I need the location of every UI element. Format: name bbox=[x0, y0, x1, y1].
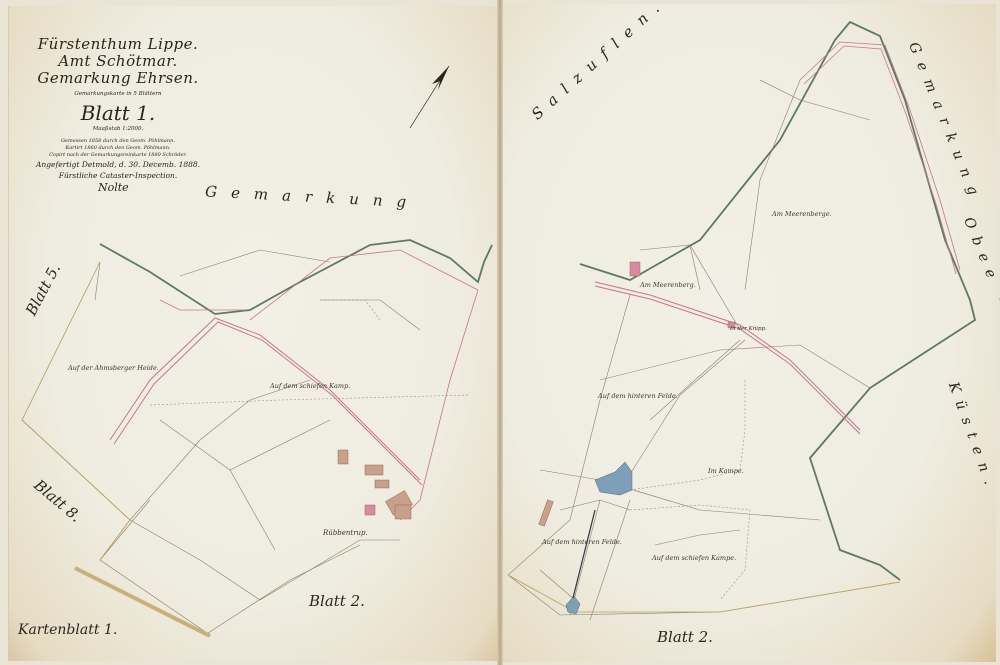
north-arrow-icon bbox=[410, 66, 449, 128]
field-name: Auf dem schiefen Kamp. bbox=[270, 382, 350, 390]
sheet-number: Blatt 1. bbox=[28, 101, 208, 125]
title-block: Fürstenthum Lippe. Amt Schötmar. Gemarku… bbox=[28, 36, 208, 194]
field-name: Auf der Ahmsberger Heide. bbox=[68, 364, 159, 372]
signature: Nolte bbox=[28, 181, 208, 194]
survey-note-5: Fürstliche Cataster-Inspection. bbox=[28, 170, 208, 181]
boundary-line-right bbox=[580, 22, 975, 580]
road-left-3 bbox=[250, 250, 478, 320]
pond-small bbox=[566, 596, 580, 614]
field-name: In der Knipp. bbox=[730, 326, 767, 332]
survey-note-1: Gemessen 1858 durch den Geom. Pöhlmann. bbox=[28, 138, 208, 145]
survey-note-2: Kartirt 1860 durch den Geom. Pöhlmann. bbox=[28, 145, 208, 152]
sheet-ref-blatt-2-right: Blatt 2. bbox=[657, 628, 713, 646]
field-name: Rübbentrup. bbox=[323, 529, 368, 537]
title-municipality: Gemarkung Ehrsen. bbox=[28, 70, 208, 87]
road-right-3 bbox=[800, 42, 960, 270]
survey-note-4: Angefertigt Detmold, d. 30. Decemb. 1888… bbox=[28, 159, 208, 170]
title-district: Amt Schötmar. bbox=[28, 53, 208, 70]
field-name: Am Meerenberg. bbox=[640, 281, 696, 289]
field-name: Im Kampe. bbox=[708, 467, 744, 475]
field-name: Am Meerenberge. bbox=[772, 210, 832, 218]
survey-note-3: Copirt nach der Gemarkungsreinkarte 1880… bbox=[28, 152, 208, 159]
road-right-1 bbox=[595, 282, 860, 430]
road-left-2 bbox=[114, 322, 422, 485]
map-subtitle: Gemarkungskarte in 5 Blättern bbox=[28, 90, 208, 99]
field-name: Auf dem hinteren Felde. bbox=[598, 392, 678, 400]
boundary-line-left bbox=[100, 240, 492, 314]
map-sheet-label: Kartenblatt 1. bbox=[18, 622, 117, 638]
pond-large bbox=[595, 462, 632, 495]
road-left-4 bbox=[400, 290, 478, 520]
dotted-line-left-2 bbox=[320, 300, 380, 320]
sheet-ref-blatt-2-left: Blatt 2. bbox=[309, 592, 365, 610]
parcel-lines-left bbox=[22, 250, 420, 635]
field-name: Auf dem hinteren Felde. bbox=[542, 538, 622, 546]
dotted-line-left bbox=[150, 395, 470, 405]
ditch-line bbox=[573, 510, 595, 598]
title-principality: Fürstenthum Lippe. bbox=[28, 36, 208, 53]
cadastral-map-sheet: Fürstenthum Lippe. Amt Schötmar. Gemarku… bbox=[0, 0, 1000, 665]
map-scale: Maaßstab 1:2000. bbox=[28, 125, 208, 134]
field-name: Auf dem schiefen Kampe. bbox=[652, 554, 736, 562]
dotted-line-right-1 bbox=[630, 505, 750, 600]
